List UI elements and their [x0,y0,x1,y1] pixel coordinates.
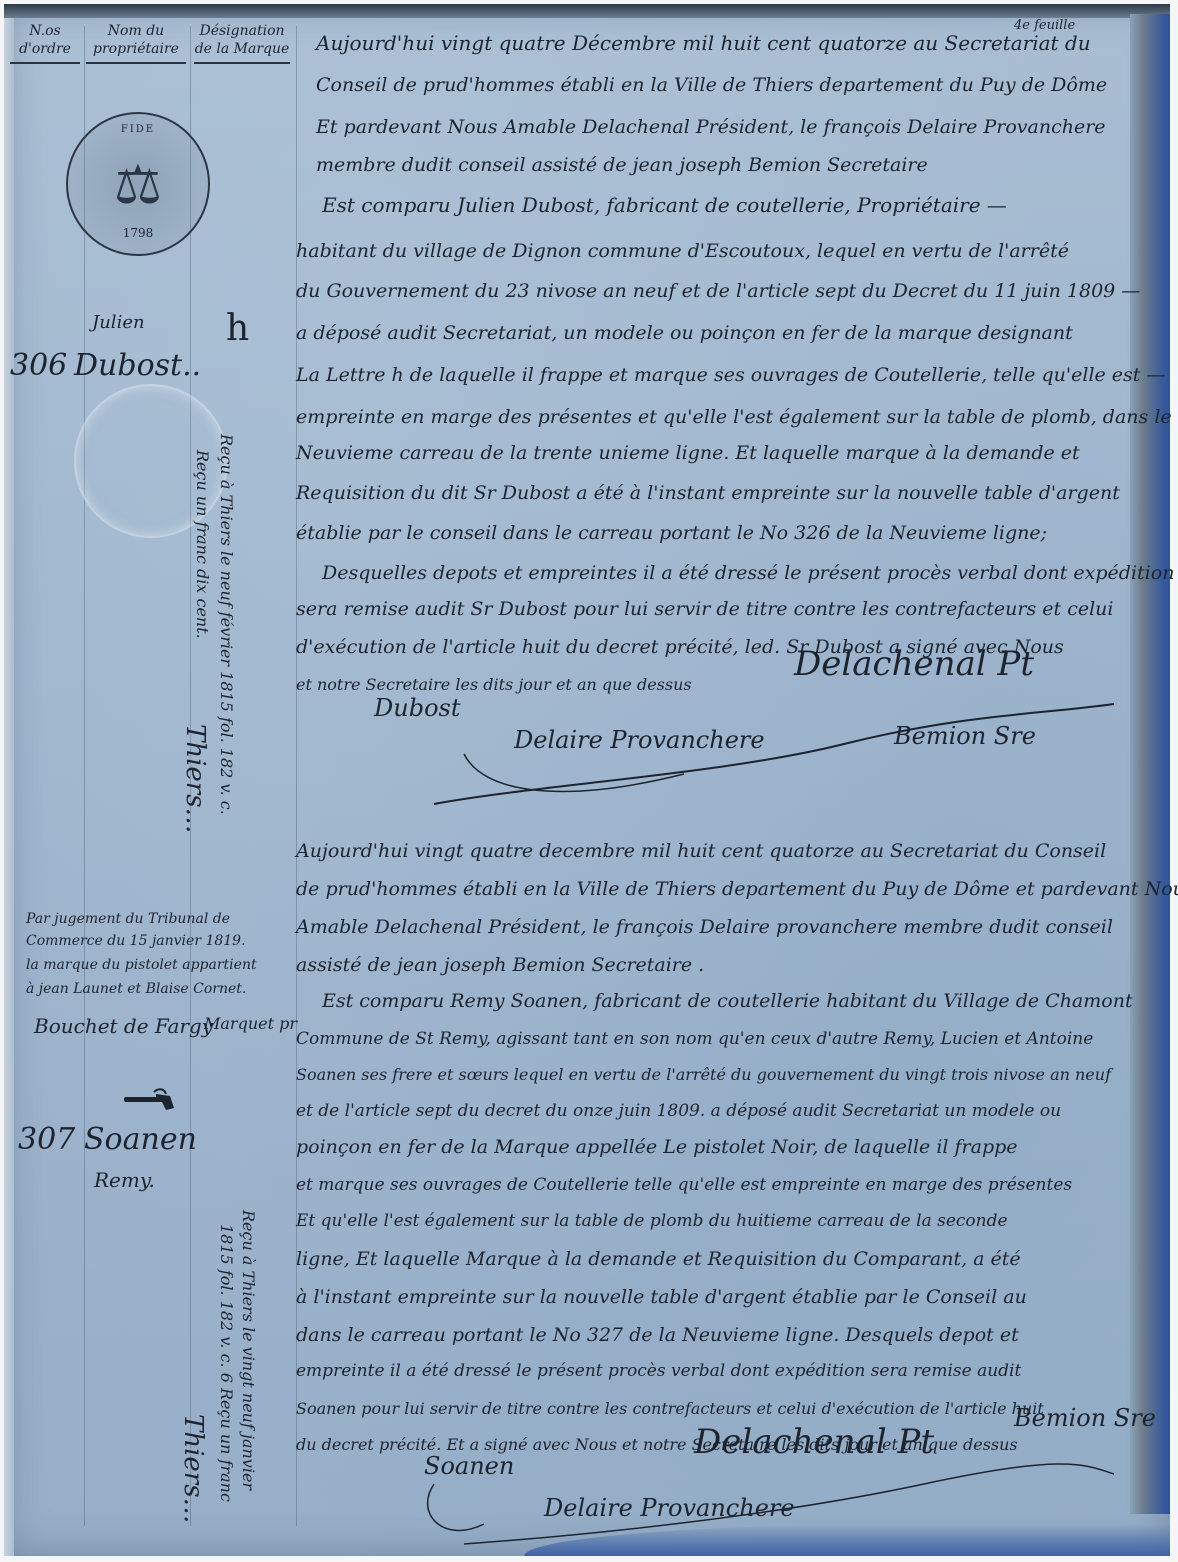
pistol-mark-icon [122,1088,178,1112]
text-line: a déposé audit Secretariat, un modele ou… [296,322,1073,344]
column-header-mark: Désignation de la Marque [194,22,290,64]
entry-number: 306 [10,348,67,383]
text-line: Aujourd'hui vingt quatre decembre mil hu… [296,840,1106,862]
text-line: Est comparu Julien Dubost, fabricant de … [322,194,1007,216]
signature-flourish [424,694,1124,814]
signature-flourish [404,1444,1124,1554]
text-line: établie par le conseil dans le carreau p… [296,522,1047,544]
text-line: Est comparu Remy Soanen, fabricant de co… [322,990,1133,1012]
header-line: Désignation [194,22,290,40]
text-line: sera remise audit Sr Dubost pour lui ser… [296,598,1113,620]
text-line: empreinte en marge des présentes et qu'e… [296,406,1172,428]
text-line: poinçon en fer de la Marque appellée Le … [296,1136,1018,1158]
owner-first-name: Remy. [94,1168,155,1192]
text-line: Neuvieme carreau de la trente unieme lig… [296,442,1080,464]
header-line: d'ordre [10,40,80,58]
text-line: dans le carreau portant le No 327 de la … [296,1324,1019,1346]
text-line: Soanen ses frere et sœurs lequel en vert… [296,1064,1111,1086]
text-line: Commerce du 15 janvier 1819. [26,930,246,952]
text-line: Par jugement du Tribunal de [26,908,230,930]
margin-registration-note: 1815 fol. 182 v. c. 6 Reçu un franc [217,1224,236,1502]
text-line: Amable Delachenal Président, le françois… [296,916,1113,938]
owner-last-name: Soanen [84,1122,197,1157]
stamp-year: 1798 [123,226,154,240]
text-line: membre dudit conseil assisté de jean jos… [316,154,928,176]
text-line: la marque du pistolet appartient [26,954,257,976]
stamp-text: FIDE [121,124,155,135]
right-page-edge [1130,14,1170,1514]
top-page-edge [4,4,1170,18]
signature-delachenal: Delachenal Pt [794,644,1034,684]
text-line: Commune de St Remy, agissant tant en son… [296,1028,1093,1050]
margin-signature: Thiers… [178,1414,208,1524]
text-line: Desquelles depots et empreintes il a été… [322,562,1174,584]
text-line: assisté de jean joseph Bemion Secretaire… [296,954,704,976]
text-line: Soanen pour lui servir de titre contre l… [296,1398,1044,1420]
mark-letter-h: h [226,308,249,349]
margin-signature: Bouchet de Fargy [34,1014,213,1038]
text-line: Et pardevant Nous Amable Delachenal Prés… [316,116,1106,138]
text-line: et notre Secretaire les dits jour et an … [296,674,692,696]
margin-signature: Thiers… [180,724,210,834]
header-line: N.os [10,22,80,40]
left-page-edge [4,4,14,1556]
header-line: de la Marque [194,40,290,58]
text-line: Et qu'elle l'est également sur la table … [296,1210,1008,1232]
text-line: La Lettre h de laquelle il frappe et mar… [296,364,1165,386]
seated-figure-icon: ⚖ [114,153,162,216]
text-line: et marque ses ouvrages de Coutellerie te… [296,1174,1072,1196]
text-line: Conseil de prud'hommes établi en la Vill… [316,74,1107,96]
column-header-number: N.os d'ordre [10,22,80,64]
text-line: de prud'hommes établi en la Ville de Thi… [296,878,1178,900]
column-divider [84,26,85,1526]
text-line: ligne, Et laquelle Marque à la demande e… [296,1248,1021,1270]
margin-registration-note: Reçu à Thiers le vingt neuf janvier [239,1210,258,1490]
text-line: Aujourd'hui vingt quatre Décembre mil hu… [316,32,1091,54]
owner-last-name: Dubost.. [74,348,201,383]
text-line: à l'instant empreinte sur la nouvelle ta… [296,1286,1027,1308]
text-line: habitant du village de Dignon commune d'… [296,240,1069,262]
column-header-owner: Nom du propriétaire [86,22,186,64]
margin-registration-note: Reçu un franc dix cent. [193,450,212,639]
signature-bemion: Bemion Sre [1014,1404,1156,1432]
margin-registration-note: Reçu à Thiers le neuf février 1815 fol. … [217,434,236,815]
owner-first-name: Julien [92,312,145,333]
entry-number: 307 [18,1122,75,1157]
text-line: Requisition du dit Sr Dubost a été à l'i… [296,482,1120,504]
header-line: propriétaire [86,40,186,58]
document-page: N.os d'ordre Nom du propriétaire Désigna… [4,4,1170,1556]
text-line: du Gouvernement du 23 nivose an neuf et … [296,280,1140,302]
text-line: et de l'article sept du decret du onze j… [296,1100,1061,1122]
tax-stamp: FIDE ⚖ 1798 [66,112,210,256]
text-line: empreinte il a été dressé le présent pro… [296,1360,1021,1382]
margin-signature: Marquet pr [204,1014,297,1033]
text-line: à jean Launet et Blaise Cornet. [26,978,246,1000]
header-line: Nom du [86,22,186,40]
